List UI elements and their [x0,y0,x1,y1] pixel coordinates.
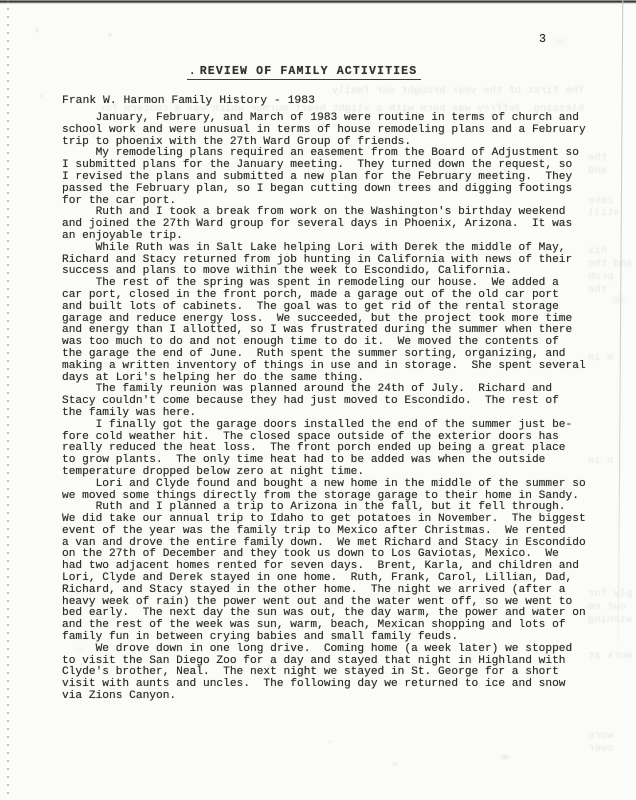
bleed-through-fragment: work at [588,650,632,662]
bleed-through-fragment: the [588,284,607,296]
stray-typewriter-mark: . [189,65,197,78]
page-edge-right [618,0,624,660]
body-text: January, February, and March of 1983 wer… [62,113,586,703]
bleed-through-fragment: n in [588,455,613,467]
bleed-through-fragment: ply for [588,588,632,600]
title-row: .REVIEW OF FAMILY ACTIVITIES [0,61,636,80]
page-title: .REVIEW OF FAMILY ACTIVITIES [187,65,422,80]
section-heading: Frank W. Harmon Family History - 1983 [62,95,315,107]
bleed-through-fragment: and the [588,258,632,270]
bleed-through-fragment: the [588,152,607,164]
scan-edge-left-dots [7,0,9,800]
scanned-document-page: The first of the year brought our family… [0,0,636,800]
bleed-through-fragment: our em [588,601,626,613]
bleed-through-fragment: and [588,165,607,177]
bleed-through-fragment: wore [588,730,613,742]
bleed-through-fragment: prob [588,271,613,283]
page-number: 3 [539,33,546,46]
bleed-through-fragment: still [588,207,620,219]
page-title-text: REVIEW OF FAMILY ACTIVITIES [200,65,418,78]
bleed-through-line: The first of the year brought our family [332,85,584,97]
bleed-through-fragment: winning [588,614,632,626]
bleed-through-fragment: over [588,743,613,755]
scan-edge-top [0,0,636,4]
bleed-through-fragment: m in [588,352,613,364]
bleed-through-fragment: his [588,245,607,257]
bleed-through-fragment: cake [588,195,613,207]
